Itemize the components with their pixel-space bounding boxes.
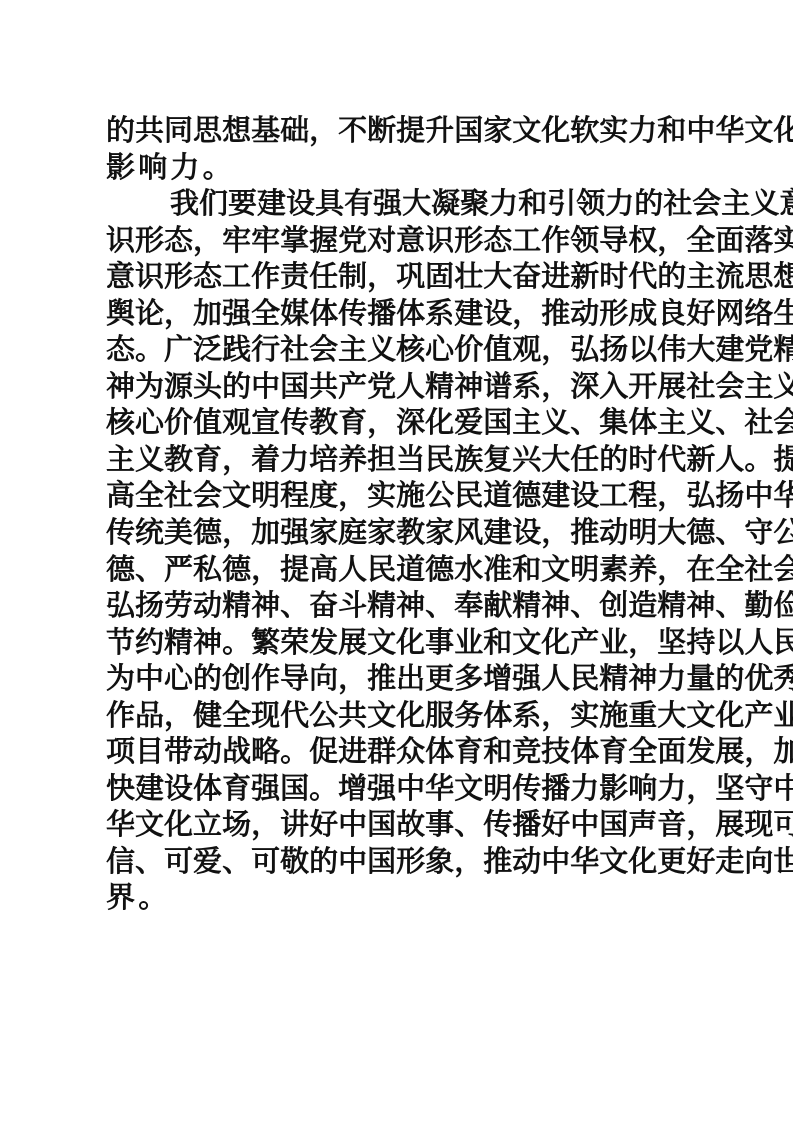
glyph: 源 xyxy=(164,368,193,405)
glyph: ， xyxy=(367,404,396,441)
glyph: 系 xyxy=(425,295,454,332)
glyph: 家 xyxy=(367,514,396,551)
glyph: 流 xyxy=(715,258,744,295)
glyph: 勤 xyxy=(744,587,773,624)
glyph: 体 xyxy=(483,697,512,734)
glyph: 社 xyxy=(663,185,692,222)
glyph: 大 xyxy=(686,331,715,368)
glyph: 品 xyxy=(135,697,164,734)
glyph: 德 xyxy=(686,514,715,551)
glyph: 人 xyxy=(541,660,570,697)
glyph: 全 xyxy=(135,477,164,514)
glyph: 道 xyxy=(396,551,425,588)
glyph: 族 xyxy=(454,441,483,478)
glyph: 文 xyxy=(454,770,483,807)
text-line: 华文化立场，讲好中国故事、传播好中国声音，展现可 xyxy=(106,806,688,843)
glyph: 体 xyxy=(396,295,425,332)
glyph: 心 xyxy=(135,404,164,441)
glyph: 家 xyxy=(425,514,454,551)
glyph: 神 xyxy=(541,587,570,624)
glyph: 神 xyxy=(454,368,483,405)
glyph: ， xyxy=(541,331,570,368)
glyph: 奋 xyxy=(512,258,541,295)
text-line: 快建设体育强国。增强中华文明传播力影响力，坚守中 xyxy=(106,770,688,807)
glyph: 建 xyxy=(715,331,744,368)
text-line: 我们要建设具有强大凝聚力和引领力的社会主义意 xyxy=(106,185,688,222)
glyph: 形 xyxy=(164,258,193,295)
glyph: 素 xyxy=(599,551,628,588)
glyph: 任 xyxy=(570,441,599,478)
glyph: 人 xyxy=(396,368,425,405)
glyph: 社 xyxy=(744,551,773,588)
glyph: 导 xyxy=(280,660,309,697)
glyph: 值 xyxy=(193,404,222,441)
glyph: 坚 xyxy=(715,770,744,807)
glyph: 扬 xyxy=(715,477,744,514)
glyph: 神 xyxy=(628,660,657,697)
glyph: 兴 xyxy=(512,441,541,478)
glyph: 道 xyxy=(483,477,512,514)
glyph: 形 xyxy=(396,843,425,880)
glyph: 义 xyxy=(686,404,715,441)
glyph: 会 xyxy=(309,331,338,368)
glyph: 宣 xyxy=(251,404,280,441)
glyph: 群 xyxy=(367,733,396,770)
glyph: 程 xyxy=(280,477,309,514)
glyph: 大 xyxy=(402,185,431,222)
glyph: 产 xyxy=(570,624,599,661)
glyph: 德 xyxy=(425,551,454,588)
glyph: 复 xyxy=(483,441,512,478)
glyph: 党 xyxy=(338,222,367,259)
glyph: 想 xyxy=(222,112,251,149)
glyph: 。 xyxy=(309,770,338,807)
glyph: 识 xyxy=(106,222,135,259)
glyph: 文 xyxy=(512,112,541,149)
glyph: 国 xyxy=(367,843,396,880)
glyph: ， xyxy=(541,514,570,551)
glyph: 的 xyxy=(222,368,251,405)
glyph: 播 xyxy=(541,770,570,807)
glyph: 现 xyxy=(744,806,773,843)
glyph: 工 xyxy=(222,258,251,295)
glyph: 展 xyxy=(657,368,686,405)
glyph: 明 xyxy=(251,477,280,514)
glyph: 想 xyxy=(773,258,793,295)
glyph: 作 xyxy=(106,697,135,734)
text-line: 识形态，牢牢掌握党对意识形态工作领导权，全面落实 xyxy=(106,222,688,259)
glyph: 爱 xyxy=(193,843,222,880)
text-line: 信、可爱、可敬的中国形象，推动中华文化更好走向世 xyxy=(106,843,688,880)
glyph: 动 xyxy=(193,587,222,624)
glyph: ， xyxy=(222,441,251,478)
glyph: 人 xyxy=(744,624,773,661)
glyph: 民 xyxy=(367,551,396,588)
glyph: 文 xyxy=(541,551,570,588)
glyph: 更 xyxy=(425,660,454,697)
glyph: 重 xyxy=(628,697,657,734)
glyph: 教 xyxy=(309,404,338,441)
glyph: 华 xyxy=(715,112,744,149)
glyph: 实 xyxy=(570,697,599,734)
glyph: 成 xyxy=(628,295,657,332)
glyph: 响 xyxy=(628,770,657,807)
glyph: 动 xyxy=(193,733,222,770)
glyph: 建 xyxy=(135,770,164,807)
glyph: 时 xyxy=(628,441,657,478)
glyph: 、 xyxy=(222,843,251,880)
glyph: 化 xyxy=(396,697,425,734)
glyph: 核 xyxy=(106,404,135,441)
glyph: 践 xyxy=(222,331,251,368)
glyph: 明 xyxy=(570,551,599,588)
text-line: 影响力。 xyxy=(106,149,688,186)
text-line: 项目带动战略。促进群众体育和竞技体育全面发展，加 xyxy=(106,733,688,770)
glyph: 主 xyxy=(686,258,715,295)
glyph: 持 xyxy=(686,624,715,661)
glyph: 我 xyxy=(170,185,199,222)
glyph: 技 xyxy=(541,733,570,770)
glyph: 系 xyxy=(512,368,541,405)
glyph: 中 xyxy=(338,806,367,843)
glyph: 现 xyxy=(251,697,280,734)
glyph: 优 xyxy=(744,660,773,697)
glyph: 面 xyxy=(657,733,686,770)
glyph: 入 xyxy=(599,368,628,405)
glyph: 形 xyxy=(135,222,164,259)
glyph: 坚 xyxy=(657,624,686,661)
glyph: 国 xyxy=(483,404,512,441)
glyph: 任 xyxy=(309,258,338,295)
glyph: 人 xyxy=(715,441,744,478)
glyph: 国 xyxy=(599,806,628,843)
glyph: 秀 xyxy=(773,660,793,697)
glyph: 握 xyxy=(309,222,338,259)
glyph: 泛 xyxy=(193,331,222,368)
glyph: 化 xyxy=(164,806,193,843)
glyph: 谱 xyxy=(483,368,512,405)
glyph: 动 xyxy=(512,843,541,880)
glyph: 多 xyxy=(454,660,483,697)
glyph: 德 xyxy=(512,477,541,514)
glyph: ， xyxy=(338,660,367,697)
glyph: 在 xyxy=(686,551,715,588)
glyph: 化 xyxy=(396,624,425,661)
glyph: 产 xyxy=(744,697,773,734)
glyph: 态 xyxy=(164,222,193,259)
glyph: 精 xyxy=(164,624,193,661)
glyph: 和 xyxy=(512,551,541,588)
glyph: 强 xyxy=(367,770,396,807)
glyph: 担 xyxy=(367,441,396,478)
glyph: 党 xyxy=(744,331,773,368)
text-line: 高全社会文明程度，实施公民道德建设工程，弘扬中华 xyxy=(106,477,688,514)
glyph: 育 xyxy=(338,404,367,441)
glyph: 、 xyxy=(715,404,744,441)
glyph: 神 xyxy=(106,368,135,405)
glyph: 强 xyxy=(222,295,251,332)
glyph: 神 xyxy=(396,587,425,624)
glyph: 快 xyxy=(106,770,135,807)
glyph: 面 xyxy=(715,222,744,259)
glyph: 养 xyxy=(338,441,367,478)
glyph: 高 xyxy=(106,477,135,514)
glyph: 意 xyxy=(396,222,425,259)
glyph: ， xyxy=(251,806,280,843)
glyph: 健 xyxy=(193,697,222,734)
glyph: 文 xyxy=(599,843,628,880)
glyph: 强 xyxy=(373,185,402,222)
glyph: 、 xyxy=(135,551,164,588)
glyph: 量 xyxy=(686,660,715,697)
glyph: 守 xyxy=(744,514,773,551)
glyph: 战 xyxy=(222,733,251,770)
glyph: 体 xyxy=(570,733,599,770)
glyph: 众 xyxy=(396,733,425,770)
glyph: 的 xyxy=(309,843,338,880)
glyph: 、 xyxy=(570,587,599,624)
glyph: ， xyxy=(686,770,715,807)
glyph: 中 xyxy=(686,112,715,149)
glyph: 义 xyxy=(367,331,396,368)
glyph: 业 xyxy=(773,697,793,734)
glyph: 带 xyxy=(164,733,193,770)
glyph: 化 xyxy=(628,843,657,880)
glyph: 更 xyxy=(657,843,686,880)
glyph: 共 xyxy=(338,697,367,734)
glyph: 推 xyxy=(541,295,570,332)
glyph: 音 xyxy=(657,806,686,843)
glyph: 全 xyxy=(628,733,657,770)
paragraph-ideology: 我们要建设具有强大凝聚力和引领力的社会主义意 识形态，牢牢掌握党对意识形态工作领… xyxy=(106,185,688,916)
glyph: 创 xyxy=(599,587,628,624)
glyph: 、 xyxy=(135,843,164,880)
glyph: 目 xyxy=(135,733,164,770)
glyph: 展 xyxy=(715,806,744,843)
glyph: 力 xyxy=(489,185,518,222)
glyph: 论 xyxy=(135,295,164,332)
glyph: 引 xyxy=(547,185,576,222)
glyph: 中 xyxy=(135,660,164,697)
glyph: 的 xyxy=(599,441,628,478)
glyph: 国 xyxy=(367,806,396,843)
glyph: 有 xyxy=(344,185,373,222)
glyph: 美 xyxy=(164,514,193,551)
text-line: 德、严私德，提高人民道德水准和文明素养，在全社会 xyxy=(106,551,688,588)
glyph: 事 xyxy=(425,806,454,843)
glyph: 的 xyxy=(193,660,222,697)
glyph: 。 xyxy=(280,733,309,770)
glyph: 推 xyxy=(367,660,396,697)
glyph: 掌 xyxy=(280,222,309,259)
glyph: 传 xyxy=(512,770,541,807)
glyph: 观 xyxy=(222,404,251,441)
glyph: 力 xyxy=(628,112,657,149)
glyph: 良 xyxy=(657,295,686,332)
glyph: 社 xyxy=(686,368,715,405)
glyph: 华 xyxy=(773,477,793,514)
glyph: ， xyxy=(657,477,686,514)
glyph: ， xyxy=(541,697,570,734)
glyph: 思 xyxy=(744,258,773,295)
glyph: ， xyxy=(744,733,773,770)
glyph: 实 xyxy=(367,477,396,514)
glyph: 度 xyxy=(309,477,338,514)
glyph: 守 xyxy=(744,770,773,807)
glyph: 奋 xyxy=(309,587,338,624)
glyph: 伟 xyxy=(657,331,686,368)
glyph: 中 xyxy=(570,806,599,843)
glyph: 准 xyxy=(483,551,512,588)
glyph: 础 xyxy=(280,112,309,149)
glyph: 识 xyxy=(135,258,164,295)
glyph: 的 xyxy=(657,258,686,295)
glyph: 设 xyxy=(570,477,599,514)
glyph: ， xyxy=(686,806,715,843)
glyph: 明 xyxy=(628,514,657,551)
glyph: 育 xyxy=(599,733,628,770)
glyph: 扬 xyxy=(599,331,628,368)
glyph: 、 xyxy=(425,587,454,624)
text-line: 传统美德，加强家庭家教家风建设，推动明大德、守公 xyxy=(106,514,688,551)
glyph: 观 xyxy=(512,331,541,368)
glyph: 态 xyxy=(106,331,135,368)
glyph: 讲 xyxy=(280,806,309,843)
glyph: 文 xyxy=(367,624,396,661)
glyph: 态 xyxy=(193,258,222,295)
glyph: 传 xyxy=(338,295,367,332)
glyph: 德 xyxy=(106,551,135,588)
glyph: 、 xyxy=(570,404,599,441)
glyph: 神 xyxy=(686,587,715,624)
glyph: 会 xyxy=(193,477,222,514)
glyph: 进 xyxy=(541,258,570,295)
glyph: 声 xyxy=(628,806,657,843)
glyph: 主 xyxy=(657,404,686,441)
glyph: 华 xyxy=(106,806,135,843)
glyph: 力 xyxy=(605,185,634,222)
text-line: 态。广泛践行社会主义核心价值观，弘扬以伟大建党精 xyxy=(106,331,688,368)
glyph: 的 xyxy=(715,660,744,697)
glyph: 全 xyxy=(251,295,280,332)
glyph: 展 xyxy=(338,624,367,661)
glyph: 新 xyxy=(686,441,715,478)
glyph: ， xyxy=(628,624,657,661)
glyph: 中 xyxy=(541,843,570,880)
glyph: 加 xyxy=(251,514,280,551)
glyph: 共 xyxy=(309,368,338,405)
glyph: 。 xyxy=(744,441,773,478)
glyph: 壮 xyxy=(454,258,483,295)
glyph: 义 xyxy=(750,185,779,222)
glyph: 私 xyxy=(193,551,222,588)
glyph: 播 xyxy=(512,806,541,843)
glyph: 文 xyxy=(222,477,251,514)
glyph: 动 xyxy=(599,514,628,551)
glyph: 传 xyxy=(483,806,512,843)
glyph: 领 xyxy=(570,222,599,259)
glyph: 络 xyxy=(744,295,773,332)
glyph: 提 xyxy=(396,112,425,149)
glyph: 育 xyxy=(222,770,251,807)
glyph: 系 xyxy=(512,697,541,734)
glyph: 节 xyxy=(106,624,135,661)
glyph: 中 xyxy=(396,770,425,807)
glyph: 化 xyxy=(715,697,744,734)
glyph: 业 xyxy=(599,624,628,661)
glyph: 主 xyxy=(338,331,367,368)
glyph: 要 xyxy=(228,185,257,222)
glyph: 化 xyxy=(773,112,793,149)
glyph: 领 xyxy=(576,185,605,222)
glyph: 产 xyxy=(338,368,367,405)
glyph: 作 xyxy=(251,660,280,697)
glyph: 荣 xyxy=(280,624,309,661)
glyph: 深 xyxy=(396,404,425,441)
glyph: 事 xyxy=(425,624,454,661)
glyph: 主 xyxy=(106,441,135,478)
glyph: 传 xyxy=(106,514,135,551)
glyph: 实 xyxy=(599,112,628,149)
glyph: 义 xyxy=(773,368,793,405)
text-line: 弘扬劳动精神、奋斗精神、奉献精神、创造精神、勤俭 xyxy=(106,587,688,624)
paragraph-continuation: 的共同思想基础，不断提升国家文化软实力和中华文化 影响力。 xyxy=(106,112,688,185)
glyph: 精 xyxy=(773,331,793,368)
glyph: 媒 xyxy=(280,295,309,332)
glyph: 社 xyxy=(164,477,193,514)
glyph: 国 xyxy=(454,112,483,149)
glyph: ， xyxy=(309,112,338,149)
glyph: 时 xyxy=(599,258,628,295)
glyph: 主 xyxy=(512,404,541,441)
glyph: 深 xyxy=(570,368,599,405)
glyph: 进 xyxy=(338,733,367,770)
text-line: 意识形态工作责任制，巩固壮大奋进新时代的主流思想 xyxy=(106,258,688,295)
glyph: 同 xyxy=(164,112,193,149)
glyph: 可 xyxy=(164,843,193,880)
glyph: 世 xyxy=(773,843,793,880)
glyph: 献 xyxy=(483,587,512,624)
glyph: ， xyxy=(657,222,686,259)
glyph: 走 xyxy=(715,843,744,880)
glyph: 大 xyxy=(541,441,570,478)
glyph: 精 xyxy=(367,587,396,624)
glyph: 形 xyxy=(599,295,628,332)
glyph: 识 xyxy=(425,222,454,259)
text-line: 核心价值观宣传教育，深化爱国主义、集体主义、社会 xyxy=(106,404,688,441)
glyph: 聚 xyxy=(460,185,489,222)
glyph: 牢 xyxy=(222,222,251,259)
glyph: 向 xyxy=(744,843,773,880)
glyph: 行 xyxy=(251,331,280,368)
glyph: 心 xyxy=(425,331,454,368)
glyph: 设 xyxy=(483,295,512,332)
glyph: 发 xyxy=(686,733,715,770)
glyph: 公 xyxy=(309,697,338,734)
glyph: 项 xyxy=(106,733,135,770)
text-line: 主义教育，着力培养担当民族复兴大任的时代新人。提 xyxy=(106,441,688,478)
glyph: 凝 xyxy=(431,185,460,222)
glyph: 体 xyxy=(309,295,338,332)
glyph: 升 xyxy=(425,112,454,149)
glyph: 生 xyxy=(773,295,793,332)
glyph: 精 xyxy=(512,587,541,624)
glyph: ， xyxy=(454,843,483,880)
glyph: 中 xyxy=(338,843,367,880)
glyph: 程 xyxy=(628,477,657,514)
glyph: 民 xyxy=(425,441,454,478)
glyph: 神 xyxy=(193,624,222,661)
